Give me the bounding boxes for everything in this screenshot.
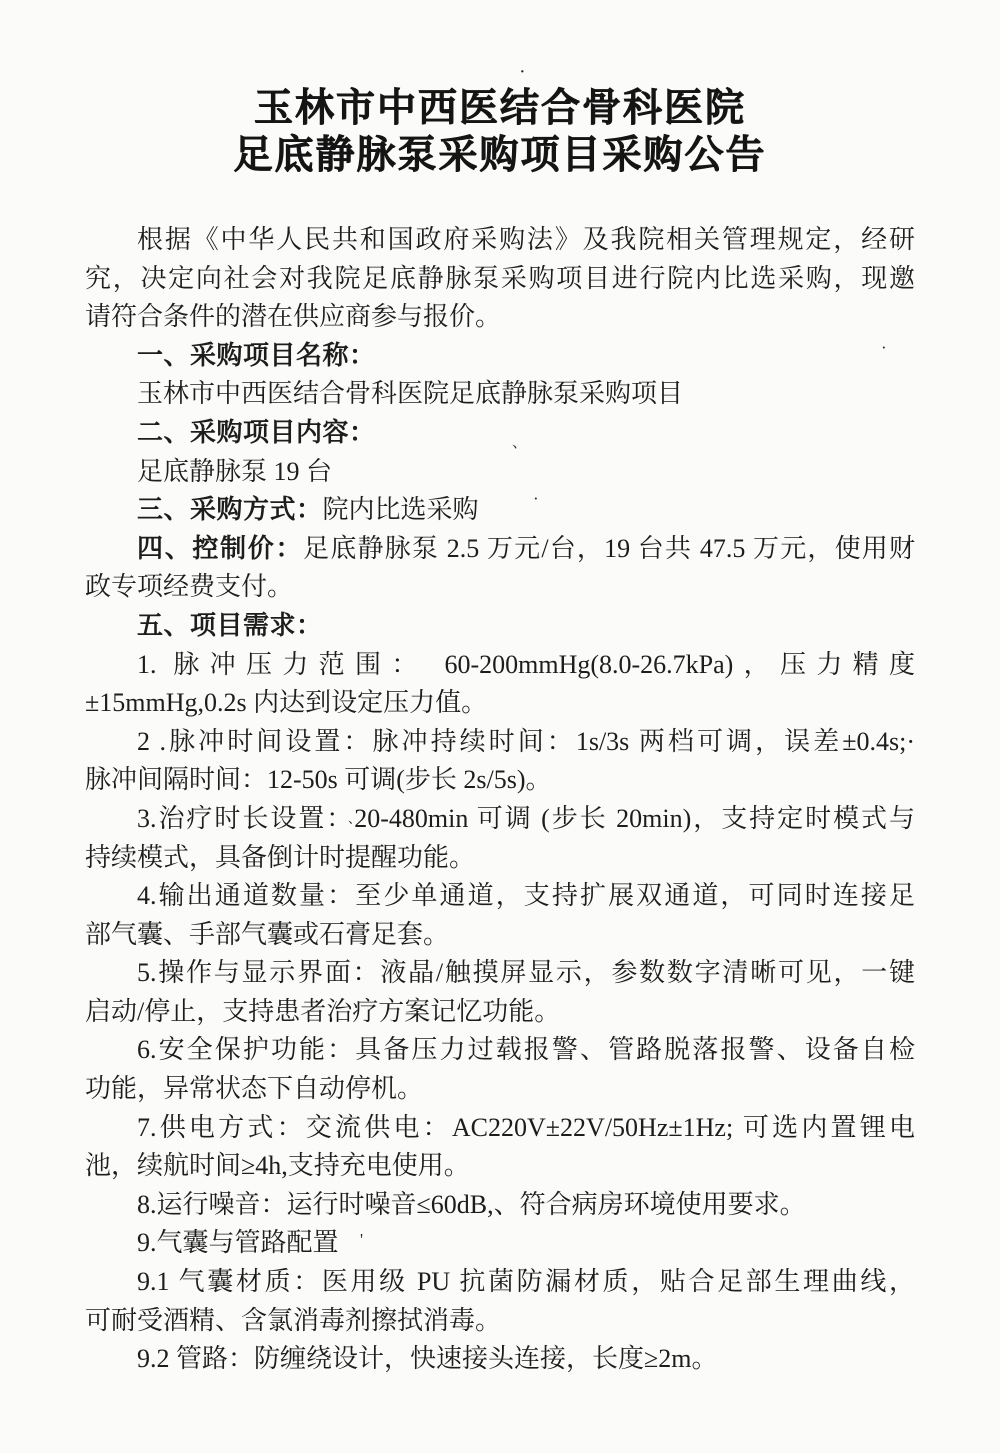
doc-line: ±15mmHg,0.2s 内达到设定压力值。 xyxy=(85,684,915,723)
doc-line: 启动/停止，支持患者治疗方案记忆功能。 xyxy=(85,993,915,1032)
doc-line-text: 足底静脉泵 19 台 xyxy=(137,457,332,486)
doc-line: 7.供电方式：交流供电：AC220V±22V/50Hz±1Hz; 可选内置锂电 xyxy=(85,1109,915,1148)
doc-line: 9.2 管路：防缠绕设计，快速接头连接，长度≥2m。 xyxy=(85,1340,915,1379)
doc-line: 五、项目需求： xyxy=(85,607,915,646)
doc-line: 1. 脉冲压力范围： 60-200mmHg(8.0-26.7kPa)，压力精度 xyxy=(85,646,915,685)
scan-artifact-mark: · xyxy=(519,62,526,82)
doc-line-heading: 三、采购方式： xyxy=(137,495,323,524)
doc-line-text: 启动/停止，支持患者治疗方案记忆功能。 xyxy=(85,997,560,1026)
doc-line: 四、控制价：足底静脉泵 2.5 万元/台，19 台共 47.5 万元，使用财 xyxy=(85,530,915,569)
doc-line-text: 3.治疗时长设置：20-480min 可调 (步长 20min)，支持定时模式与 xyxy=(137,804,915,833)
doc-line-text: 根据《中华人民共和国政府采购法》及我院相关管理规定，经研 xyxy=(137,225,915,254)
doc-line-text: 部气囊、手部气囊或石膏足套。 xyxy=(85,920,449,949)
doc-line: 二、采购项目内容： xyxy=(85,414,915,453)
doc-line: 政专项经费支付。 xyxy=(85,568,915,607)
doc-line-text: 9.1 气囊材质：医用级 PU 抗菌防漏材质，贴合足部生理曲线， xyxy=(137,1267,915,1296)
doc-line-text: 政专项经费支付。 xyxy=(85,572,293,601)
doc-line-heading: 一、采购项目名称： xyxy=(137,341,376,370)
doc-line: 脉冲间隔时间：12-50s 可调(步长 2s/5s)。 xyxy=(85,761,915,800)
doc-line: 4.输出通道数量：至少单通道，支持扩展双通道，可同时连接足 xyxy=(85,877,915,916)
doc-line-text: 9.2 管路：防缠绕设计，快速接头连接，长度≥2m。 xyxy=(137,1344,718,1373)
doc-line-text: 究，决定向社会对我院足底静脉泵采购项目进行院内比选采购，现邀 xyxy=(85,264,915,293)
doc-line-text: 5.操作与显示界面：液晶/触摸屏显示，参数数字清晰可见，一键 xyxy=(137,958,915,987)
doc-line: 足底静脉泵 19 台 xyxy=(85,453,915,492)
doc-line: 持续模式，具备倒计时提醒功能。 xyxy=(85,839,915,878)
document-body: 根据《中华人民共和国政府采购法》及我院相关管理规定，经研究，决定向社会对我院足底… xyxy=(85,221,915,1379)
doc-line-text: 功能，异常状态下自动停机。 xyxy=(85,1074,423,1103)
doc-line-heading: 五、项目需求： xyxy=(137,611,323,640)
doc-line-text: 1. 脉冲压力范围： 60-200mmHg(8.0-26.7kPa)，压力精度 xyxy=(137,650,915,679)
doc-line-text: 请符合条件的潜在供应商参与报价。 xyxy=(85,302,501,331)
doc-line-text: 池，续航时间≥4h,支持充电使用。 xyxy=(85,1151,470,1180)
doc-line: 究，决定向社会对我院足底静脉泵采购项目进行院内比选采购，现邀 xyxy=(85,260,915,299)
doc-line-text: 院内比选采购 xyxy=(323,495,479,524)
doc-line: 9.1 气囊材质：医用级 PU 抗菌防漏材质，贴合足部生理曲线， xyxy=(85,1263,915,1302)
document-title: 玉林市中西医结合骨科医院 足底静脉泵采购项目采购公告 xyxy=(85,85,915,179)
doc-line: 5.操作与显示界面：液晶/触摸屏显示，参数数字清晰可见，一键 xyxy=(85,954,915,993)
doc-line-heading: 四、控制价： xyxy=(137,534,303,563)
doc-line-text: ±15mmHg,0.2s 内达到设定压力值。 xyxy=(85,688,487,717)
document-title-line-2: 足底静脉泵采购项目采购公告 xyxy=(85,132,915,179)
doc-line: 3.治疗时长设置：20-480min 可调 (步长 20min)，支持定时模式与 xyxy=(85,800,915,839)
doc-line: 池，续航时间≥4h,支持充电使用。 xyxy=(85,1147,915,1186)
doc-line: 请符合条件的潜在供应商参与报价。 xyxy=(85,298,915,337)
doc-line: 功能，异常状态下自动停机。 xyxy=(85,1070,915,1109)
doc-line-text: 4.输出通道数量：至少单通道，支持扩展双通道，可同时连接足 xyxy=(137,881,915,910)
doc-line: 玉林市中西医结合骨科医院足底静脉泵采购项目 xyxy=(85,375,915,414)
doc-line: 根据《中华人民共和国政府采购法》及我院相关管理规定，经研 xyxy=(85,221,915,260)
doc-line-text: 8.运行噪音：运行时噪音≤60dB,、符合病房环境使用要求。 xyxy=(137,1190,806,1219)
doc-line-text: 脉冲间隔时间：12-50s 可调(步长 2s/5s)。 xyxy=(85,765,552,794)
doc-line: 三、采购方式：院内比选采购 xyxy=(85,491,915,530)
doc-line: 9.气囊与管路配置 xyxy=(85,1224,915,1263)
doc-line-text: 足底静脉泵 2.5 万元/台，19 台共 47.5 万元，使用财 xyxy=(303,534,915,563)
doc-line: 一、采购项目名称： xyxy=(85,337,915,376)
doc-line-text: 持续模式，具备倒计时提醒功能。 xyxy=(85,843,475,872)
document-title-line-1: 玉林市中西医结合骨科医院 xyxy=(85,85,915,132)
doc-line-text: 7.供电方式：交流供电：AC220V±22V/50Hz±1Hz; 可选内置锂电 xyxy=(137,1113,915,1142)
doc-line: 6.安全保护功能：具备压力过载报警、管路脱落报警、设备自检 xyxy=(85,1031,915,1070)
doc-line: 可耐受酒精、含氯消毒剂擦拭消毒。 xyxy=(85,1302,915,1341)
doc-line: 部气囊、手部气囊或石膏足套。 xyxy=(85,916,915,955)
scanned-document-page: 玉林市中西医结合骨科医院 足底静脉泵采购项目采购公告 根据《中华人民共和国政府采… xyxy=(0,0,1000,1453)
doc-line-text: 2 .脉冲时间设置：脉冲持续时间：1s/3s 两档可调，误差±0.4s;· xyxy=(137,727,915,756)
doc-line-text: 6.安全保护功能：具备压力过载报警、管路脱落报警、设备自检 xyxy=(137,1035,915,1064)
doc-line-text: 可耐受酒精、含氯消毒剂擦拭消毒。 xyxy=(85,1306,501,1335)
doc-line-text: 玉林市中西医结合骨科医院足底静脉泵采购项目 xyxy=(137,379,683,408)
doc-line-heading: 二、采购项目内容： xyxy=(137,418,376,447)
doc-line: 8.运行噪音：运行时噪音≤60dB,、符合病房环境使用要求。 xyxy=(85,1186,915,1225)
doc-line-text: 9.气囊与管路配置 xyxy=(137,1228,339,1257)
doc-line: 2 .脉冲时间设置：脉冲持续时间：1s/3s 两档可调，误差±0.4s;· xyxy=(85,723,915,762)
